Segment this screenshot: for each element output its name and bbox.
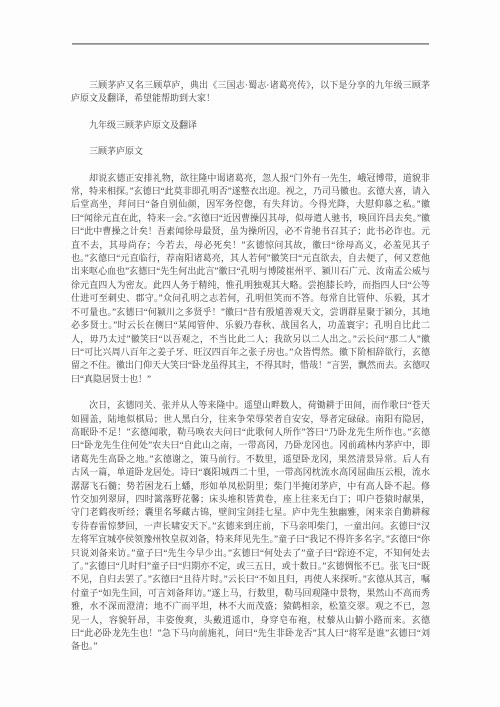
page-top-divider xyxy=(72,43,429,45)
intro-paragraph: 三顾茅庐又名三顾草庐，典出《三国志·蜀志·诸葛亮传》，以下是分享的九年级三顾茅庐… xyxy=(71,79,430,106)
body-paragraph-1: 却说玄德正安排礼物，欲往隆中谒诸葛亮，忽人报“门外有一先生，峨冠博带，道貌非常，… xyxy=(71,172,430,387)
body-paragraph-2: 次日，玄德同关、张并从人等来隆中。遥望山畔数人，荷锄耕于田间，而作歌曰“苍天如圆… xyxy=(71,399,430,654)
document-page: 三顾茅庐又名三顾草庐，典出《三国志·蜀志·诸葛亮传》，以下是分享的九年级三顾茅庐… xyxy=(0,0,500,707)
section-heading-sub: 三顾茅庐原文 xyxy=(71,145,430,158)
section-heading-main: 九年级三顾茅庐原文及翻译 xyxy=(71,119,430,132)
document-content: 三顾茅庐又名三顾草庐，典出《三国志·蜀志·诸葛亮传》，以下是分享的九年级三顾茅庐… xyxy=(71,79,430,667)
